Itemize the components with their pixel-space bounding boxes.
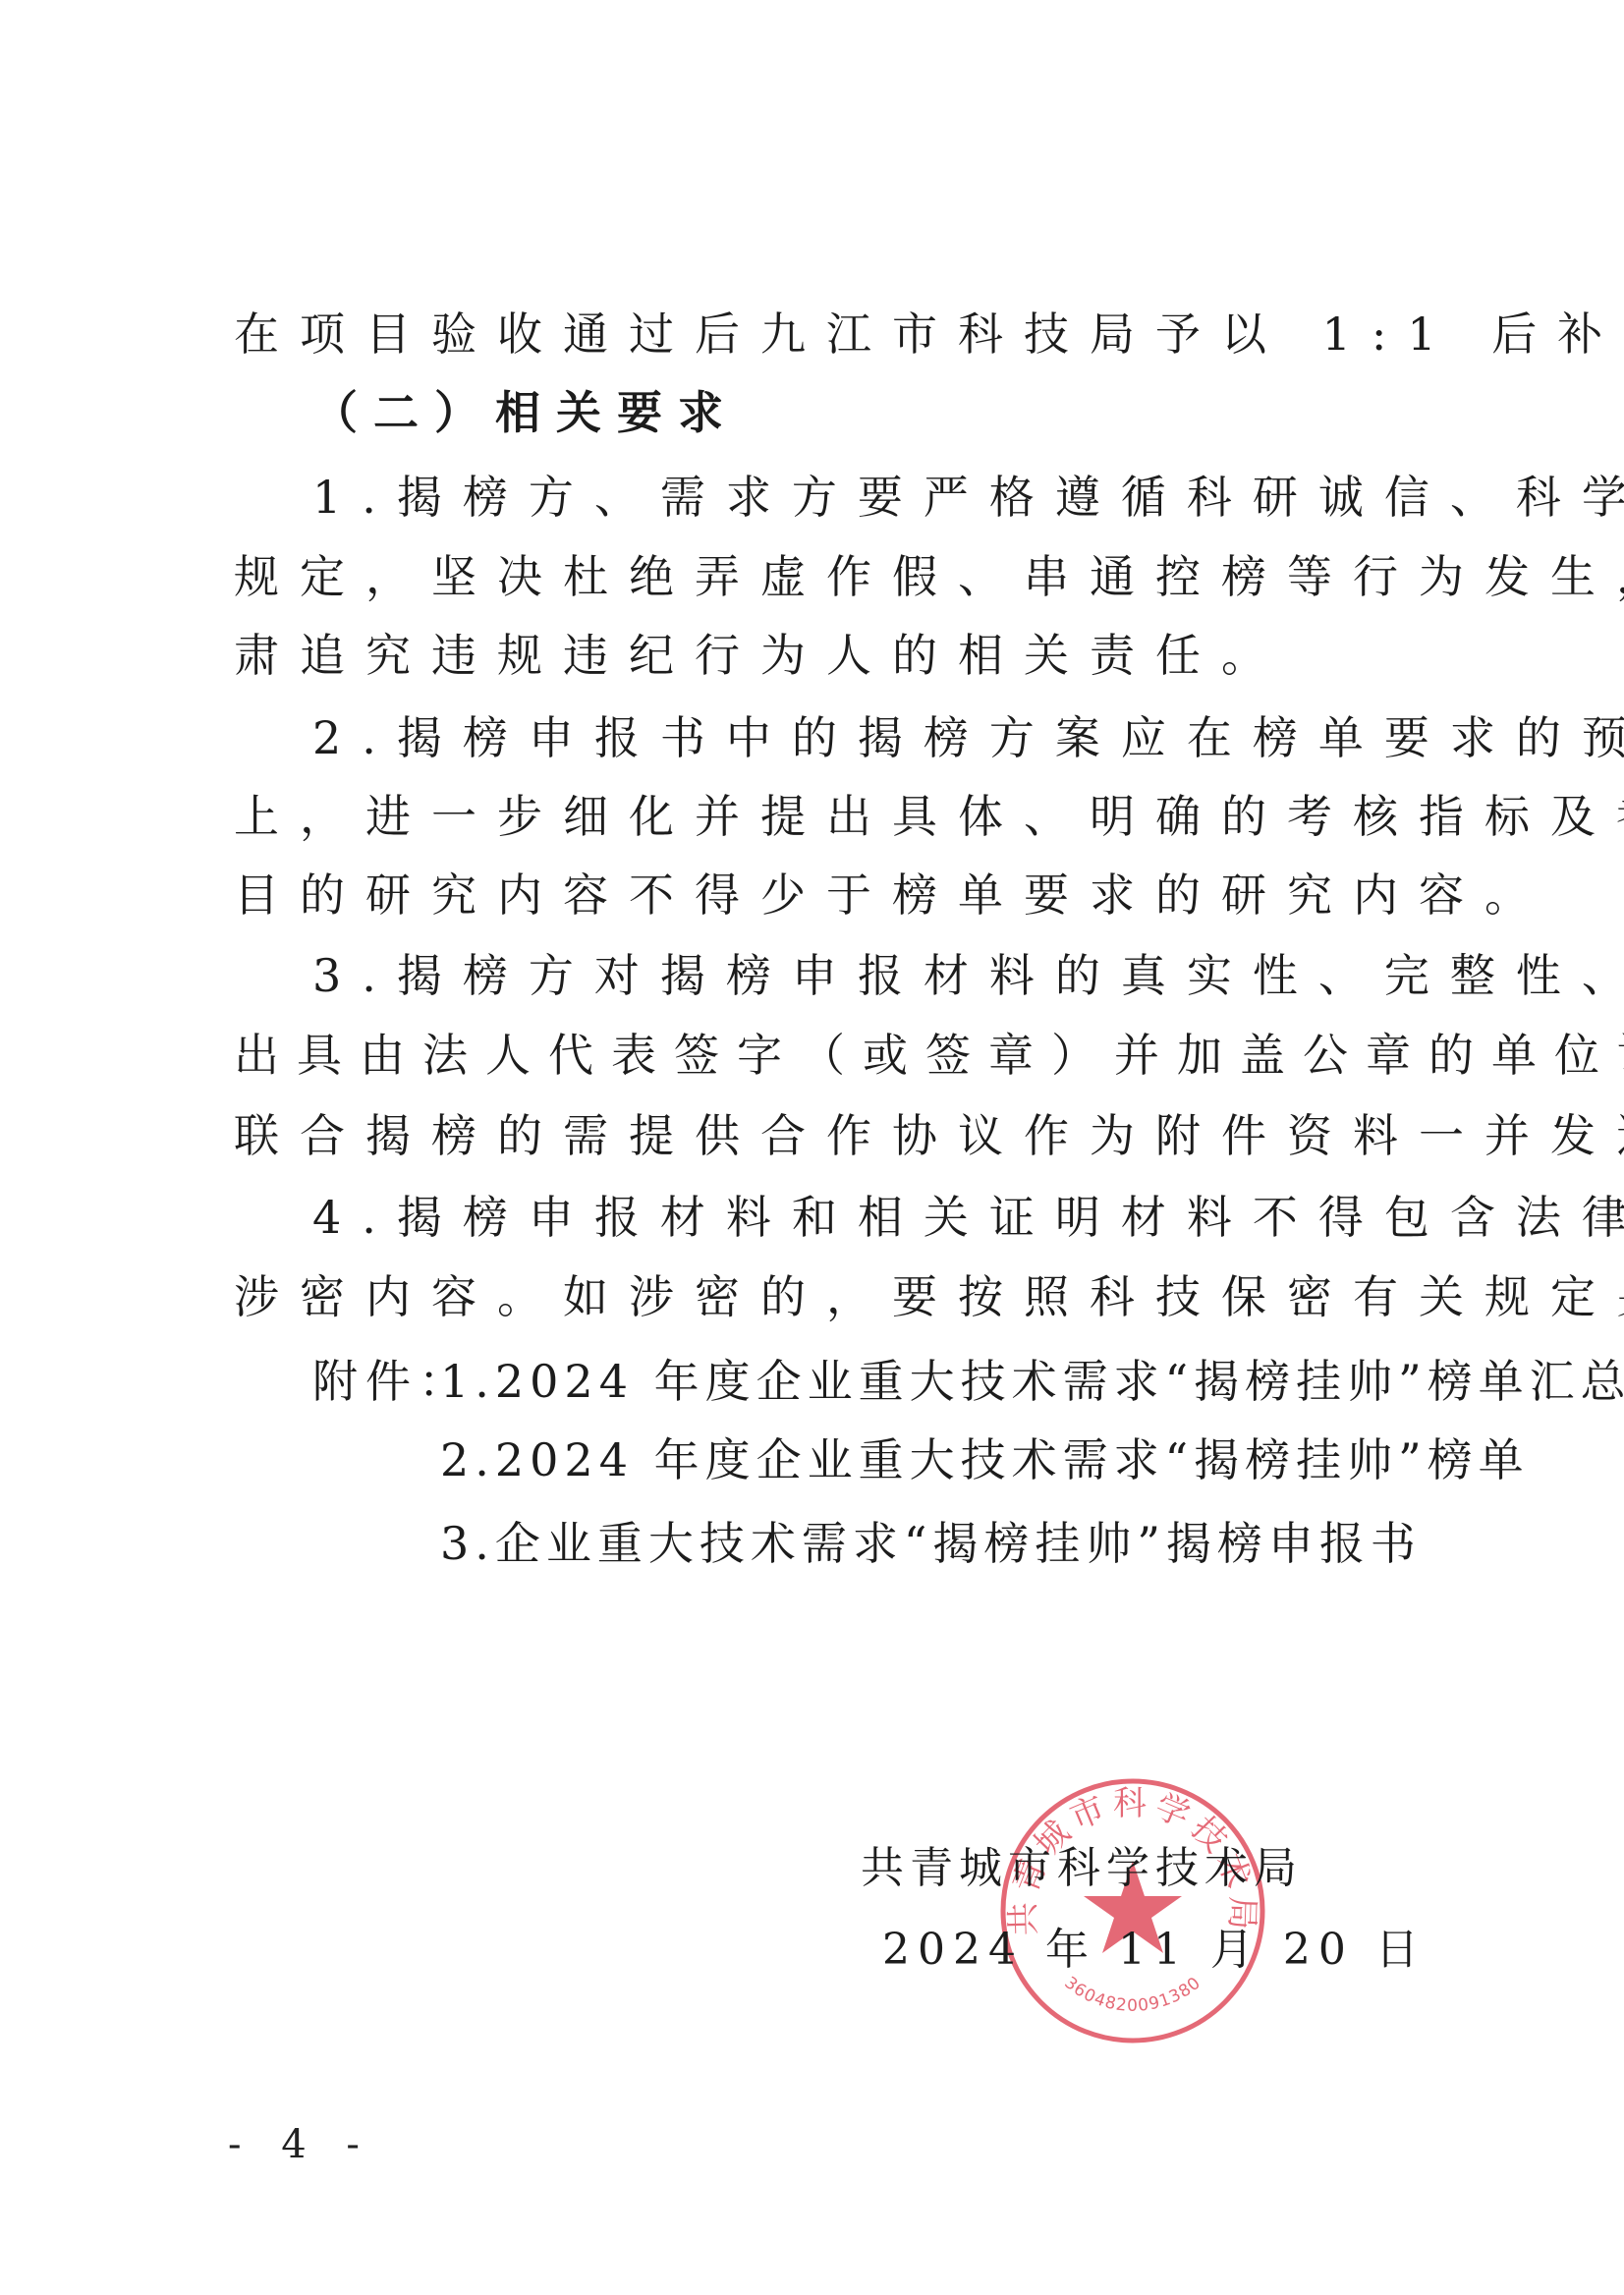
body-line: 上，进一步细化并提出具体、明确的考核指标及考核方式，项 xyxy=(234,787,1624,846)
svg-text:3604820091380: 3604820091380 xyxy=(1060,1973,1204,2016)
body-line: 涉密内容。如涉密的，要按照科技保密有关规定另行报送。 xyxy=(234,1267,1624,1326)
signature-date: 2024 年 11 月 20 日 xyxy=(882,1923,1427,1978)
section-heading: （二）相关要求 xyxy=(312,383,739,442)
body-line: 1.揭榜方、需求方要严格遵循科研诚信、科学伦理等有关 xyxy=(312,468,1624,527)
page-number: - 4 - xyxy=(228,2120,373,2169)
body-line: 规定，坚决杜绝弄虚作假、串通控榜等行为发生，一经发现严 xyxy=(234,547,1624,606)
attachment-item: 3.企业重大技术需求“揭榜挂帅”揭榜申报书 xyxy=(440,1514,1422,1573)
body-line: 3.揭榜方对揭榜申报材料的真实性、完整性、合规性负责， xyxy=(312,946,1624,1005)
body-line: 出具由法人代表签字（或签章）并加盖公章的单位诚信承诺书。 xyxy=(234,1026,1624,1085)
signature-organization: 共青城市科学技术局 xyxy=(861,1841,1303,1896)
attachment-item: 1.2024 年度企业重大技术需求“揭榜挂帅”榜单汇总表 xyxy=(440,1352,1624,1411)
body-line: 在项目验收通过后九江市科技局予以 1:1 后补助。 xyxy=(234,305,1624,364)
body-line: 肃追究违规违纪行为人的相关责任。 xyxy=(234,626,1287,685)
body-line: 2.揭榜申报书中的揭榜方案应在榜单要求的预期目标基础 xyxy=(312,708,1624,767)
official-seal-stamp: 共青城市科学技术局 3604820091380 xyxy=(996,1774,1269,2047)
body-line: 4.揭榜申报材料和相关证明材料不得包含法律禁止公开的 xyxy=(312,1188,1624,1247)
attachment-item: 2.2024 年度企业重大技术需求“揭榜挂帅”榜单 xyxy=(440,1430,1530,1489)
body-line: 目的研究内容不得少于榜单要求的研究内容。 xyxy=(234,866,1550,924)
document-page: 在项目验收通过后九江市科技局予以 1:1 后补助。 （二）相关要求 1.揭榜方、… xyxy=(0,0,1624,2295)
body-line: 联合揭榜的需提供合作协议作为附件资料一并发送邮箱。 xyxy=(234,1106,1624,1165)
